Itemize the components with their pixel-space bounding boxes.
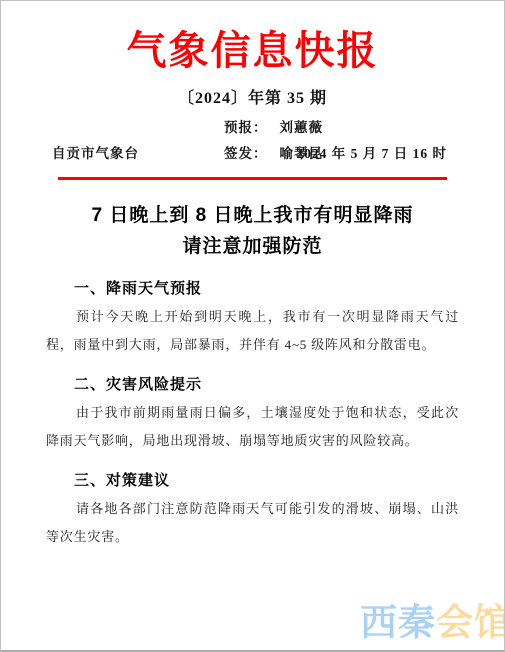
headline-line2: 请注意加强防范 (46, 231, 459, 262)
section-paragraph: 由于我市前期雨量雨日偏多，土壤湿度处于饱和状态，受此次降雨天气影响，局地出现滑坡… (46, 399, 459, 454)
signer-label: 签发： (224, 146, 268, 161)
section-paragraph: 预计今天晚上开始到明天晚上，我市有一次明显降雨天气过程，雨量中到大雨，局部暴雨，… (46, 303, 459, 358)
masthead-meta: 预报：刘蕙薇 自贡市气象台 签发：喻琴昆 2024 年 5 月 7 日 16 时 (46, 116, 459, 162)
issuing-org: 自贡市气象台 (52, 142, 139, 162)
forecaster-label: 预报： (224, 120, 268, 135)
bulletin-headline: 7 日晚上到 8 日晚上我市有明显降雨 请注意加强防范 (46, 200, 459, 262)
bulletin-page: 气象信息快报 〔2024〕年第 35 期 预报：刘蕙薇 自贡市气象台 签发：喻琴… (0, 0, 505, 652)
watermark-text-orange: 会馆 (436, 602, 505, 643)
issue-number: 〔2024〕年第 35 期 (46, 85, 459, 108)
section-paragraph: 请各地各部门注意防范降雨天气可能引发的滑坡、崩塌、山洪等次生灾害。 (46, 495, 459, 550)
section-heading: 三、对策建议 (46, 469, 459, 490)
forecaster-name: 刘蕙薇 (280, 120, 324, 135)
section-heading: 二、灾害风险提示 (46, 373, 459, 394)
site-watermark: 西秦会馆 (360, 592, 505, 646)
section-heading: 一、降雨天气预报 (46, 277, 459, 298)
forecaster-row: 预报：刘蕙薇 (224, 116, 323, 136)
bulletin-body: 一、降雨天气预报 预计今天晚上开始到明天晚上，我市有一次明显降雨天气过程，雨量中… (46, 277, 459, 550)
section-advice: 三、对策建议 请各地各部门注意防范降雨天气可能引发的滑坡、崩塌、山洪等次生灾害。 (46, 469, 459, 550)
watermark-text-blue: 西秦 (360, 602, 436, 643)
bulletin-title: 气象信息快报 (46, 27, 459, 75)
masthead-divider-rule (58, 177, 447, 180)
headline-line1: 7 日晚上到 8 日晚上我市有明显降雨 (46, 200, 459, 231)
section-risk: 二、灾害风险提示 由于我市前期雨量雨日偏多，土壤湿度处于饱和状态，受此次降雨天气… (46, 373, 459, 454)
bulletin-content: 气象信息快报 〔2024〕年第 35 期 预报：刘蕙薇 自贡市气象台 签发：喻琴… (1, 1, 504, 550)
issue-datetime: 2024 年 5 月 7 日 16 时 (296, 142, 447, 162)
section-forecast: 一、降雨天气预报 预计今天晚上开始到明天晚上，我市有一次明显降雨天气过程，雨量中… (46, 277, 459, 358)
